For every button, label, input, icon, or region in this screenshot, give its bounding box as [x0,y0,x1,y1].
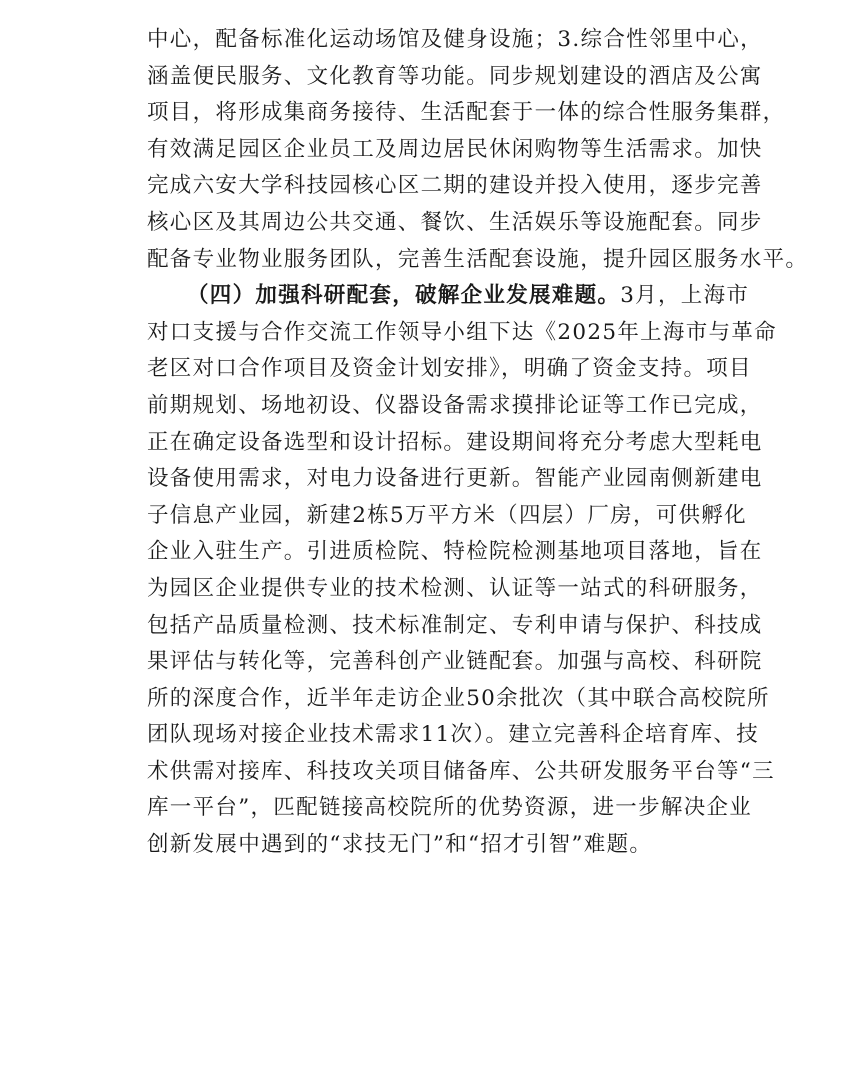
text-line: 配备专业物业服务团队，完善生活配套设施，提升园区服务水平。 [147,242,743,279]
text-line: 术供需对接库、科技攻关项目储备库、公共研发服务平台等“三 [147,754,743,791]
text-line: 项目，将形成集商务接待、生活配套于一体的综合性服务集群， [147,95,743,132]
paragraph-facilities: 中心，配备标准化运动场馆及健身设施；3.综合性邻里中心， 涵盖便民服务、文化教育… [147,22,743,278]
text-line: 有效满足园区企业员工及周边居民休闲购物等生活需求。加快 [147,132,743,169]
text-line: 企业入驻生产。引进质检院、特检院检测基地项目落地，旨在 [147,534,743,571]
text-line: 老区对口合作项目及资金计划安排》，明确了资金支持。项目 [147,351,743,388]
text-line: 设备使用需求，对电力设备进行更新。智能产业园南侧新建电 [147,461,743,498]
text-line: 包括产品质量检测、技术标准制定、专利申请与保护、科技成 [147,608,743,645]
document-page: 中心，配备标准化运动场馆及健身设施；3.综合性邻里中心， 涵盖便民服务、文化教育… [147,22,743,864]
text-line: 对口支援与合作交流工作领导小组下达《2025年上海市与革命 [147,315,743,352]
paragraph-research-support: （四）加强科研配套，破解企业发展难题。3月，上海市 对口支援与合作交流工作领导小… [147,278,743,864]
text-line: 子信息产业园，新建2栋5万平方米（四层）厂房，可供孵化 [147,498,743,535]
text-line: 涵盖便民服务、文化教育等功能。同步规划建设的酒店及公寓 [147,59,743,96]
text-line: 为园区企业提供专业的技术检测、认证等一站式的科研服务， [147,571,743,608]
text-line: 前期规划、场地初设、仪器设备需求摸排论证等工作已完成， [147,388,743,425]
text-line: 完成六安大学科技园核心区二期的建设并投入使用，逐步完善 [147,168,743,205]
text-run: 3月，上海市 [620,283,749,308]
text-line: 果评估与转化等，完善科创产业链配套。加强与高校、科研院 [147,644,743,681]
text-line: 创新发展中遇到的“求技无门”和“招才引智”难题。 [147,827,743,864]
text-line: 库一平台”，匹配链接高校院所的优势资源，进一步解决企业 [147,790,743,827]
text-line: 团队现场对接企业技术需求11次）。建立完善科企培育库、技 [147,717,743,754]
section-heading-line: （四）加强科研配套，破解企业发展难题。3月，上海市 [147,278,743,315]
text-line: 中心，配备标准化运动场馆及健身设施；3.综合性邻里中心， [147,22,743,59]
text-line: 所的深度合作，近半年走访企业50余批次（其中联合高校院所 [147,681,743,718]
text-line: 正在确定设备选型和设计招标。建设期间将充分考虑大型耗电 [147,425,743,462]
text-line: 核心区及其周边公共交通、餐饮、生活娱乐等设施配套。同步 [147,205,743,242]
section-heading: （四）加强科研配套，破解企业发展难题。 [187,283,620,308]
